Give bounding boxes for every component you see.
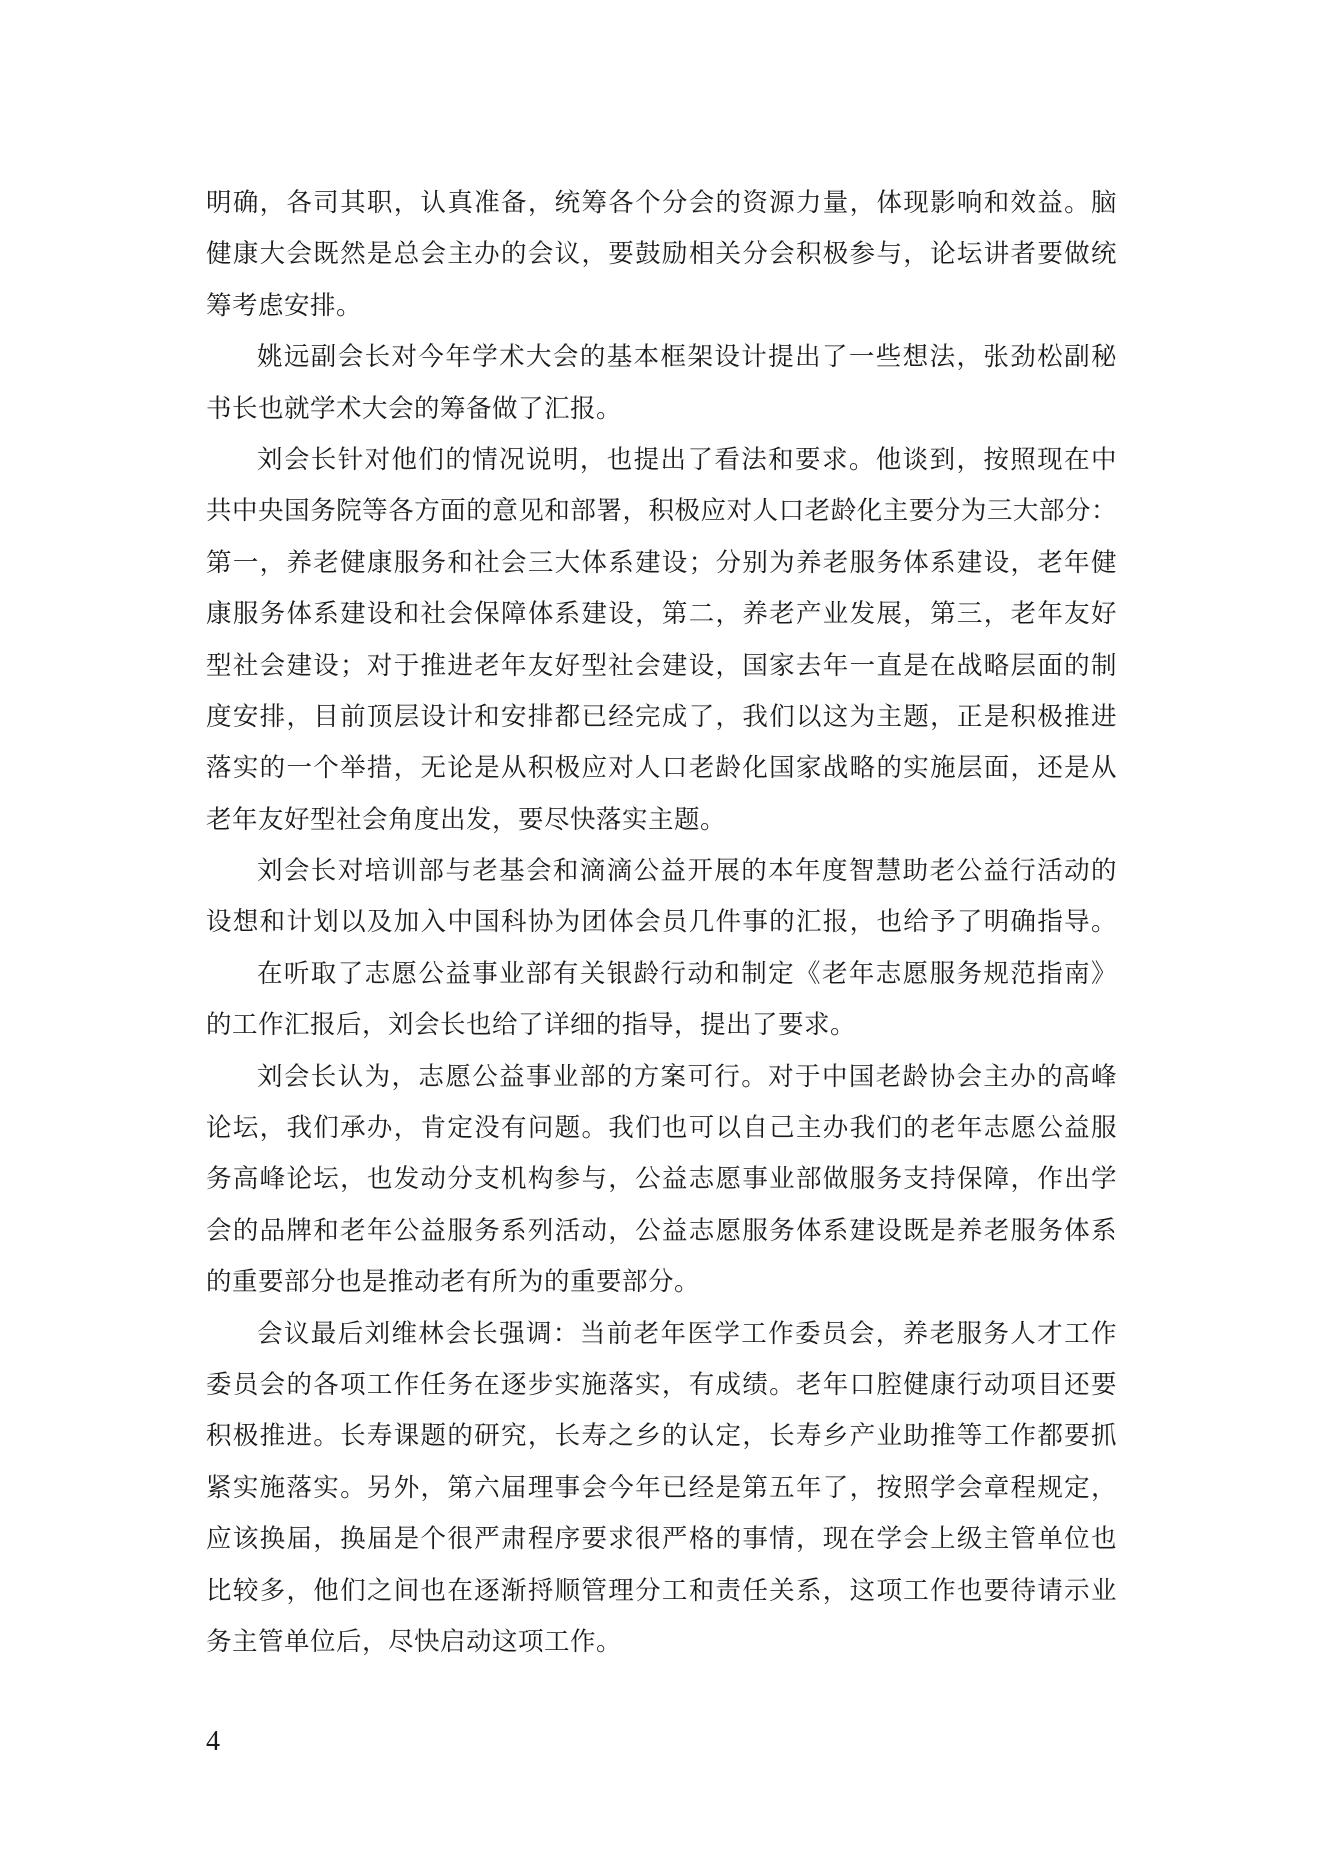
text-line: 在听取了志愿公益事业部有关银龄行动和制定《老年志愿服务规范指南》 — [206, 948, 1117, 999]
page-number: 4 — [206, 1728, 220, 1756]
text-line: 比较多，他们之间也在逐渐捋顺管理分工和责任关系，这项工作也要待请示业 — [206, 1565, 1117, 1616]
text-line: 的工作汇报后，刘会长也给了详细的指导，提出了要求。 — [206, 999, 1117, 1050]
document-body: 明确，各司其职，认真准备，统筹各个分会的资源力量，体现影响和效益。脑健康大会既然… — [206, 177, 1117, 1667]
text-line: 落实的一个举措，无论是从积极应对人口老龄化国家战略的实施层面，还是从 — [206, 742, 1117, 793]
text-line: 委员会的各项工作任务在逐步实施落实，有成绩。老年口腔健康行动项目还要 — [206, 1359, 1117, 1410]
text-line: 健康大会既然是总会主办的会议，要鼓励相关分会积极参与，论坛讲者要做统 — [206, 228, 1117, 279]
text-line: 积极推进。长寿课题的研究，长寿之乡的认定，长寿乡产业助推等工作都要抓 — [206, 1410, 1117, 1461]
text-line: 第一，养老健康服务和社会三大体系建设；分别为养老服务体系建设，老年健 — [206, 537, 1117, 588]
text-line: 姚远副会长对今年学术大会的基本框架设计提出了一些想法，张劲松副秘 — [206, 331, 1117, 382]
text-line: 务高峰论坛，也发动分支机构参与，公益志愿事业部做服务支持保障，作出学 — [206, 1153, 1117, 1204]
text-line: 论坛，我们承办，肯定没有问题。我们也可以自己主办我们的老年志愿公益服 — [206, 1102, 1117, 1153]
text-line: 刘会长认为，志愿公益事业部的方案可行。对于中国老龄协会主办的高峰 — [206, 1051, 1117, 1102]
text-line: 刘会长针对他们的情况说明，也提出了看法和要求。他谈到，按照现在中 — [206, 434, 1117, 485]
text-line: 会的品牌和老年公益服务系列活动，公益志愿服务体系建设既是养老服务体系 — [206, 1205, 1117, 1256]
text-line: 应该换届，换届是个很严肃程序要求很严格的事情，现在学会上级主管单位也 — [206, 1513, 1117, 1564]
text-line: 的重要部分也是推动老有所为的重要部分。 — [206, 1256, 1117, 1307]
text-line: 设想和计划以及加入中国科协为团体会员几件事的汇报，也给予了明确指导。 — [206, 896, 1117, 947]
text-line: 老年友好型社会角度出发，要尽快落实主题。 — [206, 794, 1117, 845]
text-line: 书长也就学术大会的筹备做了汇报。 — [206, 383, 1117, 434]
text-line: 紧实施落实。另外，第六届理事会今年已经是第五年了，按照学会章程规定， — [206, 1462, 1117, 1513]
text-line: 刘会长对培训部与老基会和滴滴公益开展的本年度智慧助老公益行活动的 — [206, 845, 1117, 896]
text-line: 筹考虑安排。 — [206, 280, 1117, 331]
document-page: 明确，各司其职，认真准备，统筹各个分会的资源力量，体现影响和效益。脑健康大会既然… — [0, 0, 1323, 1871]
text-line: 型社会建设；对于推进老年友好型社会建设，国家去年一直是在战略层面的制 — [206, 640, 1117, 691]
text-line: 康服务体系建设和社会保障体系建设，第二，养老产业发展，第三，老年友好 — [206, 588, 1117, 639]
text-line: 务主管单位后，尽快启动这项工作。 — [206, 1616, 1117, 1667]
text-line: 会议最后刘维林会长强调：当前老年医学工作委员会，养老服务人才工作 — [206, 1308, 1117, 1359]
text-line: 度安排，目前顶层设计和安排都已经完成了，我们以这为主题，正是积极推进 — [206, 691, 1117, 742]
text-line: 明确，各司其职，认真准备，统筹各个分会的资源力量，体现影响和效益。脑 — [206, 177, 1117, 228]
text-line: 共中央国务院等各方面的意见和部署，积极应对人口老龄化主要分为三大部分： — [206, 485, 1117, 536]
